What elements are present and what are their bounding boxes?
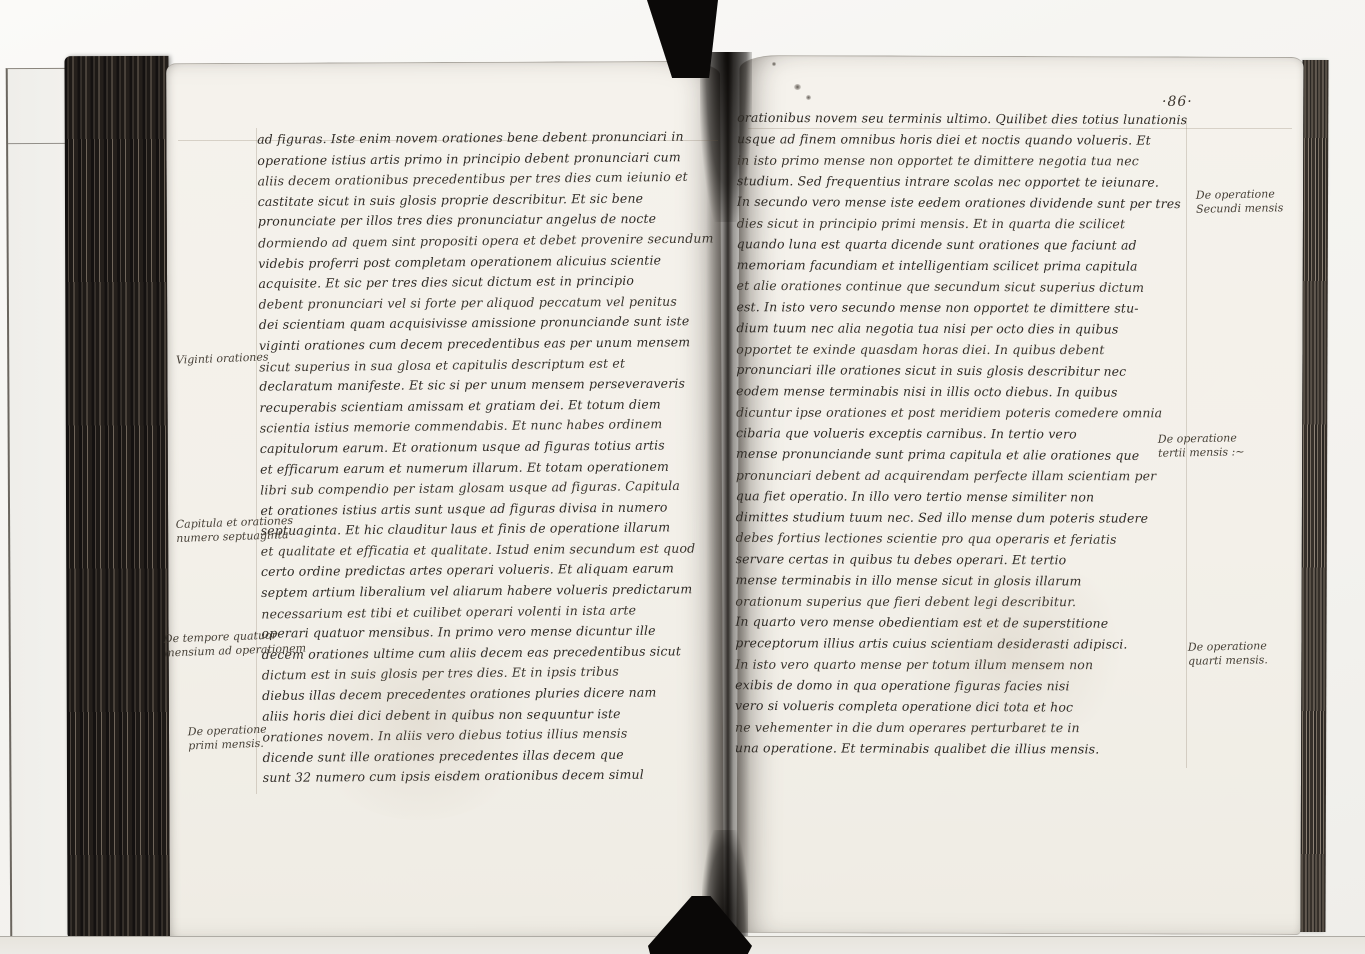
- manuscript-line: quando luna est quarta dicende sunt orat…: [737, 233, 1205, 256]
- manuscript-line: ad figuras. Iste enim novem orationes be…: [257, 126, 715, 150]
- manuscript-line: declaratum manifeste. Et sic si per unum…: [259, 374, 717, 398]
- manuscript-line: dicuntur ipse orationes et post meridiem…: [736, 402, 1204, 424]
- ink-speck: [806, 95, 811, 100]
- marginal-note-line: Secundi mensis: [1196, 201, 1283, 217]
- manuscript-line: dium tuum nec alia negotia tua nisi per …: [736, 317, 1204, 340]
- manuscript-line: opportet te exinde quasdam horas diei. I…: [736, 339, 1204, 361]
- manuscript-photo: ·86· ad figuras. Iste enim novem oration…: [0, 0, 1365, 954]
- manuscript-line: eodem mense terminabis nisi in illis oct…: [736, 380, 1204, 403]
- manuscript-line: dimittes studium tuum nec. Sed illo mens…: [736, 506, 1204, 529]
- ink-speck: [772, 62, 776, 66]
- manuscript-line: in isto primo mense non opportet te dimi…: [737, 150, 1205, 172]
- marginal-note-line: De operatione: [1188, 639, 1268, 654]
- manuscript-line: et alie orationes continue que secundum …: [736, 275, 1204, 298]
- page-edge-stack-right: [1299, 60, 1328, 932]
- manuscript-line: pronunciari debent ad acquirendam perfec…: [736, 465, 1204, 487]
- marginal-note-capitula-septuaginta: Capitula et orationesnumero septuaginta: [176, 514, 294, 546]
- manuscript-line: memoriam facundiam et intelligentiam sci…: [737, 254, 1205, 277]
- marginal-note-line: tertii mensis :~: [1158, 445, 1245, 461]
- marginal-note-primi-mensis: De operationeprimi mensis.: [188, 723, 268, 754]
- folio-number: ·86·: [1162, 94, 1193, 110]
- manuscript-line: usque ad finem omnibus horis diei et noc…: [737, 128, 1205, 151]
- manuscript-line: pronunciari ille orationes sicut in suis…: [736, 359, 1204, 382]
- manuscript-line: In secundo vero mense iste eedem oration…: [737, 191, 1205, 214]
- marginal-note-line: quarti mensis.: [1188, 653, 1268, 668]
- marginal-note-line: De operatione: [1196, 187, 1283, 203]
- marginal-note-de-tempore-quatuor: De tempore quatuormensium ad operationem: [164, 628, 307, 661]
- marginal-note-line: De operatione: [1158, 431, 1245, 447]
- manuscript-line: dies sicut in principio primi mensis. Et…: [737, 213, 1205, 235]
- manuscript-line: est. In isto vero secundo mense non oppo…: [736, 296, 1204, 319]
- page-edge-stack-left: [64, 56, 171, 938]
- manuscript-line: et qualitate et efficatia et qualitate. …: [261, 538, 719, 562]
- manuscript-line: una operatione. Et terminabis qualibet d…: [735, 737, 1203, 760]
- manuscript-line: qua fiet operatio. In illo vero tertio m…: [736, 485, 1204, 508]
- manuscript-line: cibaria que volueris exceptis carnibus. …: [736, 422, 1204, 445]
- marginal-note-line: primi mensis.: [188, 737, 267, 754]
- book-cover-edge-left: [6, 68, 73, 942]
- manuscript-line: debent pronunciari vel si forte per aliq…: [259, 291, 717, 315]
- page-stain: [880, 560, 1140, 740]
- manuscript-line: debes fortius lectiones scientie pro qua…: [736, 527, 1204, 550]
- marginal-note-quarti-mensis: De operationequarti mensis.: [1188, 639, 1268, 668]
- manuscript-line: studium. Sed frequentius intrare scolas …: [737, 170, 1205, 193]
- left-page-margin-rule: [256, 128, 257, 794]
- cover-rule-line: [8, 143, 68, 144]
- marginal-note-secundi-mensis: De operationeSecundi mensis: [1196, 187, 1284, 217]
- manuscript-line: capitulorum earum. Et orationum usque ad…: [260, 435, 718, 460]
- page-stain: [300, 620, 540, 820]
- ink-speck: [794, 84, 801, 90]
- manuscript-line: mense pronunciande sunt prima capitula e…: [736, 443, 1204, 466]
- marginal-note-tertii-mensis: De operationetertii mensis :~: [1158, 431, 1245, 461]
- manuscript-line: orationibus novem seu terminis ultimo. Q…: [737, 107, 1205, 130]
